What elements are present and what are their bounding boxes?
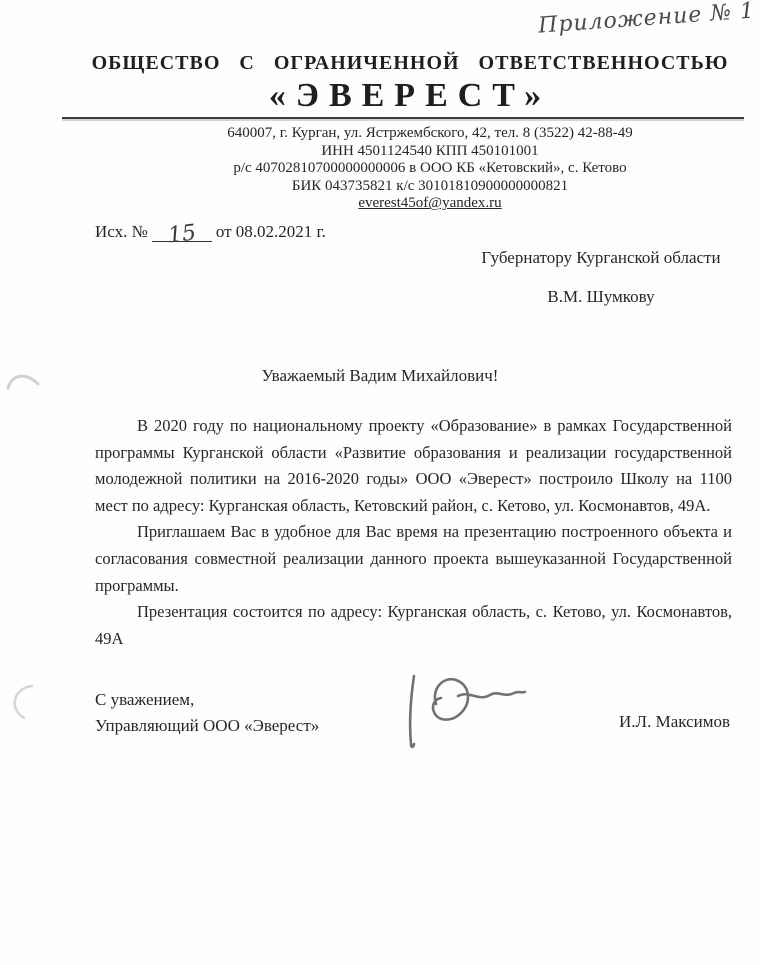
closing-block: С уважением, Управляющий ООО «Эверест» <box>95 687 319 739</box>
addressee-title: Губернатору Курганской области <box>476 248 726 268</box>
addressee-name: В.М. Шумкову <box>476 287 726 307</box>
body-paragraph-1: В 2020 году по национальному проекту «Об… <box>95 413 732 519</box>
reference-date: от 08.02.2021 г. <box>216 222 326 241</box>
organization-type-line: ОБЩЕСТВО С ОГРАНИЧЕННОЙ ОТВЕТСТВЕННОСТЬЮ <box>40 52 760 75</box>
email-address: everest45of@yandex.ru <box>100 195 760 213</box>
margin-pen-mark-icon <box>2 680 52 730</box>
letterhead: ОБЩЕСТВО С ОГРАНИЧЕННОЙ ОТВЕТСТВЕННОСТЬЮ… <box>40 52 760 115</box>
addressee-block: Губернатору Курганской области В.М. Шумк… <box>476 248 726 307</box>
handwritten-annotation: Приложение № 1 <box>537 0 758 39</box>
inn-kpp-line: ИНН 4501124540 КПП 450101001 <box>100 143 760 161</box>
handwritten-reference-number: 15 <box>167 220 198 248</box>
closing-position: Управляющий ООО «Эверест» <box>95 713 319 739</box>
body-paragraph-3: Презентация состоится по адресу: Курганс… <box>95 599 732 652</box>
organization-name: «ЭВЕРЕСТ» <box>40 77 760 115</box>
bank-account-line: р/с 40702810700000000006 в ООО КБ «Кетов… <box>100 160 760 178</box>
outgoing-reference-line: Исх. №15от 08.02.2021 г. <box>95 221 326 242</box>
reference-number-blank: 15 <box>152 221 212 242</box>
reference-prefix: Исх. № <box>95 222 148 241</box>
bik-line: БИК 043735821 к/с 30101810900000000821 <box>100 178 760 196</box>
letter-body: В 2020 году по национальному проекту «Об… <box>95 413 732 652</box>
letterhead-contacts: 640007, г. Курган, ул. Ястржембского, 42… <box>100 125 760 213</box>
scanned-letter-page: Приложение № 1 ОБЩЕСТВО С ОГРАНИЧЕННОЙ О… <box>0 0 760 965</box>
salutation: Уважаемый Вадим Михайлович! <box>0 366 760 386</box>
postal-address-line: 640007, г. Курган, ул. Ястржембского, 42… <box>100 125 760 143</box>
handwritten-signature-icon <box>398 664 528 754</box>
signer-name: И.Л. Максимов <box>619 712 730 732</box>
margin-pen-mark-icon <box>4 366 64 406</box>
closing-regards: С уважением, <box>95 687 319 713</box>
body-paragraph-2: Приглашаем Вас в удобное для Вас время н… <box>95 519 732 599</box>
letterhead-divider-rule <box>62 117 744 119</box>
